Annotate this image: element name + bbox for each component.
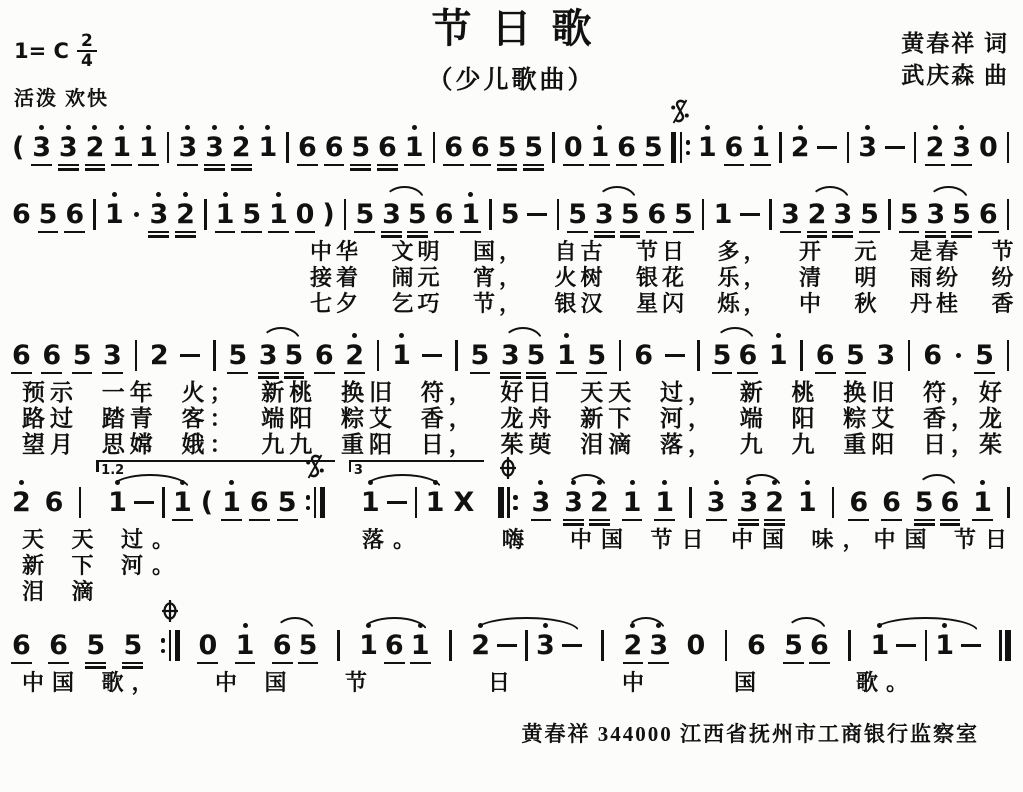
- lyricist-credit: 黄春祥 词: [824, 28, 1009, 60]
- slur-group: 35: [595, 190, 640, 239]
- barline: [431, 123, 436, 172]
- slur-group: 11: [870, 621, 981, 670]
- note: 1: [411, 621, 430, 670]
- barline: [161, 478, 166, 527]
- lyric-segment: 天 天 过。: [22, 527, 183, 553]
- barline: [845, 123, 850, 172]
- barline: [551, 123, 556, 172]
- header-left: 1= C 2 4 活泼 欢快: [14, 4, 199, 111]
- barline: [1006, 331, 1011, 380]
- repeat-end-barline: [306, 478, 326, 527]
- slur-group: 11: [108, 478, 192, 527]
- dash-note: [817, 123, 837, 172]
- note: 6: [471, 123, 490, 172]
- lyric-segment: 路过 踏青 客： 端阳 粽艾 香， 龙舟 新下 河， 端 阳 粽艾 香，龙 舟: [22, 406, 1023, 432]
- barline: [913, 123, 918, 172]
- note: 6: [12, 621, 31, 670]
- note: 1: [655, 478, 674, 527]
- note: 5: [952, 190, 971, 239]
- slur-group: 23: [808, 190, 853, 239]
- beat-note: X: [453, 478, 474, 527]
- dash-note: [961, 621, 981, 670]
- coda-icon: [499, 456, 516, 480]
- note: 1: [361, 478, 380, 527]
- augmentation-dot: [954, 331, 964, 380]
- lyric-row: 中国 歌，中 国节日中国歌。: [10, 670, 1013, 696]
- barline: [133, 331, 138, 380]
- note: 6: [941, 478, 960, 527]
- note: 5: [674, 190, 693, 239]
- dash-note: [134, 478, 154, 527]
- note: 2: [345, 331, 364, 380]
- note: 5: [975, 331, 994, 380]
- note: 6: [378, 123, 397, 172]
- note: 2: [176, 190, 195, 239]
- lyric-row: 接着 闹元 宵， 火树 银花 乐， 清 明 雨纷 纷: [10, 265, 1013, 291]
- barline: [618, 331, 623, 380]
- note: 5: [587, 331, 606, 380]
- note: 1: [870, 621, 889, 670]
- note: 1: [461, 190, 480, 239]
- notation-line: (332113321665616655016516123230: [10, 123, 1013, 172]
- lyric-segment: 接着 闹元 宵， 火树 银花 乐， 清 明 雨纷 纷: [310, 265, 1018, 291]
- barline: [212, 331, 217, 380]
- note: 3: [259, 331, 278, 380]
- lyric-segment: 国: [734, 670, 764, 696]
- barline: [555, 190, 560, 239]
- note: 1: [714, 190, 733, 239]
- barline: [724, 621, 729, 670]
- note: 6: [810, 621, 829, 670]
- note: 3: [876, 331, 895, 380]
- note: 5: [39, 190, 58, 239]
- barline: [887, 190, 892, 239]
- note: 6: [849, 478, 868, 527]
- note: 6: [298, 123, 317, 172]
- note: 5: [713, 331, 732, 380]
- meter-denominator: 4: [77, 52, 97, 70]
- note: 6: [250, 478, 269, 527]
- note: 6: [634, 331, 653, 380]
- note: 5: [299, 621, 318, 670]
- slur-group: 32: [739, 478, 784, 527]
- lyric-segment: 节: [345, 670, 375, 696]
- note: 1: [557, 331, 576, 380]
- note: 5: [644, 123, 663, 172]
- note: 5: [242, 190, 261, 239]
- note: 2: [590, 478, 609, 527]
- note: 3: [739, 478, 758, 527]
- note: 6: [65, 190, 84, 239]
- close-paren: ): [322, 190, 334, 239]
- barline: [847, 621, 852, 670]
- coda-icon: [162, 599, 179, 623]
- publisher-credit: 黄春祥 344000 江西省抚州市工商银行监察室: [0, 718, 1023, 748]
- note: 2: [624, 621, 643, 670]
- lyric-segment: 望月 思嫦 娥： 九九 重阳 日， 茱萸 泪滴 落， 九 九 重阳 日，茱 萸: [22, 432, 1023, 458]
- note: 3: [59, 123, 78, 172]
- note: 5: [784, 621, 803, 670]
- volta-label: 3: [354, 463, 363, 478]
- song-subtitle: （少儿歌曲）: [199, 60, 824, 96]
- barline: [77, 478, 82, 527]
- key-signature: 1= C 2 4: [14, 32, 199, 70]
- rest-note: 0: [686, 621, 705, 670]
- lyric-segment: 落。: [362, 527, 424, 553]
- note: 1: [112, 123, 131, 172]
- music-system: 261.211(165311X33211332166561天 天 过。落。嗨中国…: [10, 460, 1013, 605]
- composer-credit: 武庆森 曲: [824, 60, 1009, 92]
- dash-note: [497, 621, 517, 670]
- dash-note: [665, 331, 685, 380]
- barline: [831, 478, 836, 527]
- lyric-segment: 日: [488, 670, 518, 696]
- tempo-marking: 活泼 欢快: [14, 82, 199, 111]
- note: 3: [149, 190, 168, 239]
- note: 6: [738, 331, 757, 380]
- coda-icon: [162, 599, 179, 623]
- barline: [688, 478, 693, 527]
- dash-note: [422, 331, 442, 380]
- note: 5: [846, 331, 865, 380]
- lyric-segment: 歌。: [856, 670, 916, 696]
- lyric-row: 路过 踏青 客： 端阳 粽艾 香， 龙舟 新下 河， 端 阳 粽艾 香，龙 舟: [10, 406, 1013, 432]
- note: 3: [178, 123, 197, 172]
- barline: [701, 190, 706, 239]
- slur-group: 35: [382, 190, 427, 239]
- header: 1= C 2 4 活泼 欢快 节日歌 （少儿歌曲） 黄春祥 词 武庆森 曲: [0, 0, 1023, 111]
- barline: [1006, 123, 1011, 172]
- volta-bracket: 1.211(165: [96, 460, 335, 527]
- note: 2: [232, 123, 251, 172]
- repeat-start-barline: [671, 123, 691, 172]
- note: 3: [382, 190, 401, 239]
- note: 3: [858, 123, 877, 172]
- note: 3: [501, 331, 520, 380]
- note: 2: [471, 621, 490, 670]
- music-system: (332113321665616655016516123230: [10, 123, 1013, 172]
- time-signature: 2 4: [77, 32, 97, 70]
- dash-note: [885, 123, 905, 172]
- barline: [1006, 190, 1011, 239]
- note: 1: [216, 190, 235, 239]
- note: 5: [408, 190, 427, 239]
- segno-icon: [670, 98, 690, 125]
- note: 1: [258, 123, 277, 172]
- sheet-music-page: 1= C 2 4 活泼 欢快 节日歌 （少儿歌曲） 黄春祥 词 武庆森 曲 (3…: [0, 0, 1023, 792]
- note: 6: [747, 621, 766, 670]
- note: 3: [952, 123, 971, 172]
- lyric-segment: 中: [622, 670, 652, 696]
- note: 3: [833, 190, 852, 239]
- note: 5: [498, 123, 517, 172]
- barline: [907, 331, 912, 380]
- barline: [203, 190, 208, 239]
- barline: [600, 621, 605, 670]
- rest-note: 0: [979, 123, 998, 172]
- note: 5: [278, 478, 297, 527]
- lyric-segment: 中华 文明 国， 自古 节日 多， 开 元 是春 节: [310, 239, 1018, 265]
- note: 1: [769, 331, 788, 380]
- note: 1: [935, 621, 954, 670]
- note: 6: [979, 190, 998, 239]
- note: 6: [435, 190, 454, 239]
- note: 6: [325, 123, 344, 172]
- augmentation-dot: [132, 190, 142, 239]
- slur-group: 56: [713, 331, 758, 380]
- note: 3: [649, 621, 668, 670]
- note: 1: [426, 478, 445, 527]
- note: 1: [590, 123, 609, 172]
- note: 1: [173, 478, 192, 527]
- note: 5: [524, 123, 543, 172]
- notation-line: 6653253562153515656165365: [10, 331, 1013, 380]
- meter-numerator: 2: [77, 32, 97, 52]
- barline: [778, 123, 783, 172]
- lyric-row: 泪 滴: [10, 579, 1013, 605]
- note: 2: [926, 123, 945, 172]
- slur-group: 32: [564, 478, 609, 527]
- dash-note: [180, 331, 200, 380]
- segno-icon: [305, 453, 325, 480]
- barline: [376, 331, 381, 380]
- note: 3: [205, 123, 224, 172]
- rest-note: 0: [198, 621, 217, 670]
- note: 5: [471, 331, 490, 380]
- note: 6: [385, 621, 404, 670]
- rest-note: 0: [564, 123, 583, 172]
- note: 6: [647, 190, 666, 239]
- note: 5: [915, 478, 934, 527]
- lyric-segment: 预示 一年 火； 新桃 换旧 符， 好日 天天 过， 新 桃 换旧 符，好 日: [22, 380, 1023, 406]
- note: 2: [791, 123, 810, 172]
- key-label: 1= C: [14, 39, 69, 63]
- barline: [454, 331, 459, 380]
- lyric-segment: 中国 节日 中国 味，中国 节日: [570, 527, 1016, 553]
- note: 3: [32, 123, 51, 172]
- volta-bracket: 311X: [349, 460, 484, 527]
- lyric-segment: 中 国: [215, 670, 295, 696]
- slur-group: 35: [926, 190, 971, 239]
- note: 3: [781, 190, 800, 239]
- note: 5: [355, 190, 374, 239]
- note: 1: [973, 478, 992, 527]
- lyric-row: 七夕 乞巧 节， 银汉 星闪 烁， 中 秋 丹桂 香: [10, 291, 1013, 317]
- slur-group: 161: [359, 621, 429, 670]
- music-system: 665501651612323065611中国 歌，中 国节日中国歌。: [10, 621, 1013, 696]
- slur-group: 56: [784, 621, 829, 670]
- note: 6: [617, 123, 636, 172]
- note: 1: [623, 478, 642, 527]
- note: 6: [882, 478, 901, 527]
- lyric-row: 天 天 过。落。嗨中国 节日 中国 味，中国 节日: [10, 527, 1013, 553]
- segno-icon: [305, 453, 325, 480]
- note: 5: [73, 331, 92, 380]
- note: 1: [269, 190, 288, 239]
- slur-group: 65: [273, 621, 318, 670]
- barline: [448, 621, 453, 670]
- note: 5: [351, 123, 370, 172]
- note: 3: [926, 190, 945, 239]
- note: 5: [568, 190, 587, 239]
- dash-note: [896, 621, 916, 670]
- note: 6: [45, 478, 64, 527]
- note: 3: [536, 621, 555, 670]
- rest-note: 0: [296, 190, 315, 239]
- note: 6: [42, 331, 61, 380]
- repeat-end-barline: [161, 621, 181, 670]
- notation-line: 261.211(165311X33211332166561: [10, 460, 1013, 527]
- barline: [696, 331, 701, 380]
- note: 3: [595, 190, 614, 239]
- note: 2: [86, 123, 105, 172]
- header-credits: 黄春祥 词 武庆森 曲: [824, 28, 1009, 111]
- note: 1: [698, 123, 717, 172]
- note: 6: [315, 331, 334, 380]
- note: 6: [273, 621, 292, 670]
- lyric-segment: 嗨: [502, 527, 533, 553]
- barline: [166, 123, 171, 172]
- lyric-segment: 泪 滴: [22, 579, 103, 605]
- barline: [285, 123, 290, 172]
- note: 1: [139, 123, 158, 172]
- dash-note: [740, 190, 760, 239]
- note: 3: [707, 478, 726, 527]
- music-system: 6653253562153515656165365预示 一年 火； 新桃 换旧 …: [10, 331, 1013, 458]
- notation-line: 665501651612323065611: [10, 621, 1013, 670]
- barline: [768, 190, 773, 239]
- barline: [336, 621, 341, 670]
- barline: [799, 331, 804, 380]
- barline: [524, 621, 529, 670]
- note: 2: [12, 478, 31, 527]
- note: 6: [444, 123, 463, 172]
- note: 6: [12, 190, 31, 239]
- note: 3: [103, 331, 122, 380]
- note: 1: [236, 621, 255, 670]
- note: 1: [798, 478, 817, 527]
- score: (332113321665616655016516123230656132151…: [0, 123, 1023, 696]
- note: 6: [725, 123, 744, 172]
- note: 1: [751, 123, 770, 172]
- slur-group: 35: [259, 331, 304, 380]
- coda-icon: [499, 456, 516, 480]
- dash-note: [387, 478, 407, 527]
- note: 2: [808, 190, 827, 239]
- slur-group: 11: [361, 478, 445, 527]
- header-center: 节日歌 （少儿歌曲）: [199, 4, 824, 111]
- note: 1: [405, 123, 424, 172]
- note: 6: [12, 331, 31, 380]
- dash-note: [527, 190, 547, 239]
- note: 5: [123, 621, 142, 670]
- note: 5: [501, 190, 520, 239]
- slur-group: 56: [915, 478, 960, 527]
- barline: [1006, 478, 1011, 527]
- barline: [923, 621, 928, 670]
- barline: [414, 478, 419, 527]
- slur-group: 23: [471, 621, 582, 670]
- note: 5: [527, 331, 546, 380]
- note: 1: [392, 331, 411, 380]
- note: 2: [765, 478, 784, 527]
- note: 1: [359, 621, 378, 670]
- note: 1: [105, 190, 124, 239]
- note: 1: [222, 478, 241, 527]
- open-paren: (: [201, 478, 213, 527]
- open-paren: (: [12, 123, 24, 172]
- note: 3: [532, 478, 551, 527]
- barline: [92, 190, 97, 239]
- segno-icon: [670, 98, 690, 125]
- music-system: 6561321510)53561553565132355356中华 文明 国， …: [10, 190, 1013, 317]
- dash-note: [562, 621, 582, 670]
- lyric-row: 望月 思嫦 娥： 九九 重阳 日， 茱萸 泪滴 落， 九 九 重阳 日，茱 萸: [10, 432, 1013, 458]
- notation-line: 6561321510)53561553565132355356: [10, 190, 1013, 239]
- note: 2: [150, 331, 169, 380]
- repeat-start-barline: [498, 478, 518, 527]
- note: 1: [108, 478, 127, 527]
- barline: [488, 190, 493, 239]
- note: 5: [285, 331, 304, 380]
- song-title: 节日歌: [219, 4, 824, 54]
- lyric-row: 中华 文明 国， 自古 节日 多， 开 元 是春 节: [10, 239, 1013, 265]
- lyric-row: 新 下 河。: [10, 553, 1013, 579]
- lyric-segment: 七夕 乞巧 节， 银汉 星闪 烁， 中 秋 丹桂 香: [310, 291, 1018, 317]
- note: 5: [228, 331, 247, 380]
- note: 5: [621, 190, 640, 239]
- barline: [343, 190, 348, 239]
- note: 6: [923, 331, 942, 380]
- final-barline: [999, 621, 1011, 670]
- note: 3: [564, 478, 583, 527]
- volta-label: 1.2: [101, 463, 124, 478]
- note: 5: [860, 190, 879, 239]
- note: 5: [900, 190, 919, 239]
- lyric-segment: 中国 歌，: [22, 670, 162, 696]
- note: 6: [49, 621, 68, 670]
- note: 5: [86, 621, 105, 670]
- slur-group: 23: [624, 621, 669, 670]
- lyric-row: 预示 一年 火； 新桃 换旧 符， 好日 天天 过， 新 桃 换旧 符，好 日: [10, 380, 1013, 406]
- note: 6: [816, 331, 835, 380]
- lyric-segment: 新 下 河。: [22, 553, 183, 579]
- slur-group: 35: [501, 331, 546, 380]
